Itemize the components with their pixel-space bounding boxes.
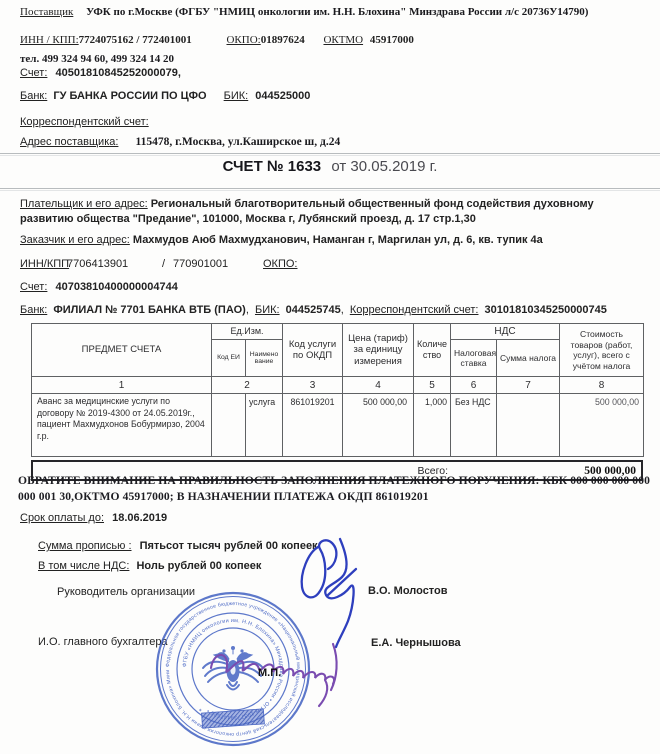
payer-inn: 7706413901	[67, 258, 128, 270]
item-qty: 1,000	[414, 394, 451, 457]
item-row: Аванс за медицинские услуги по договору …	[32, 394, 644, 457]
col-cost: Стоимость товаров (работ, услуг), всего …	[560, 324, 644, 377]
due-date-label: Срок оплаты до:	[20, 512, 104, 524]
col-vat: НДС	[451, 324, 560, 340]
payer-account-line: Счет: 40703810400000004744	[20, 281, 178, 293]
item-unit-code	[212, 394, 246, 457]
colnum: 7	[497, 377, 560, 394]
payer-account-value: 40703810400000004744	[55, 281, 177, 293]
account-label: Счет:	[20, 67, 47, 79]
address-value: 115478, г.Москва, ул.Каширское ш, д.24	[135, 136, 340, 148]
bik-value: 044525000	[255, 90, 310, 102]
oktmo-value: 45917000	[370, 34, 414, 46]
comma: ,	[246, 304, 249, 316]
supplier-value: УФК по г.Москве (ФГБУ "НМИЦ онкологии им…	[86, 6, 588, 18]
invoice-page: Поставщик УФК по г.Москве (ФГБУ "НМИЦ он…	[0, 0, 660, 754]
colnum: 5	[414, 377, 451, 394]
col-vat-sum: Сумма налога	[497, 340, 560, 377]
item-price: 500 000,00	[343, 394, 414, 457]
item-unit-name: услуга	[246, 394, 283, 457]
colnum: 2	[212, 377, 283, 394]
vat-words-value: Ноль рублей 00 копеек	[136, 560, 261, 572]
colnum: 6	[451, 377, 497, 394]
oktmo-label: ОКТМО	[323, 34, 363, 46]
accountant-signature-stroke	[205, 628, 365, 708]
column-number-row: 1 2 3 4 5 6 7 8	[32, 377, 644, 394]
payer-bank-line: Банк: ФИЛИАЛ № 7701 БАНКА ВТБ (ПАО), БИК…	[20, 304, 607, 316]
inn-kpp-label: ИНН / КПП:	[20, 34, 79, 46]
payer-kpp: 770901001	[173, 258, 228, 270]
payer-innkpp-label: ИНН/КПП	[20, 258, 69, 270]
accountant-signature-name: Е.А. Чернышова	[371, 637, 461, 649]
payer-bank-value: ФИЛИАЛ № 7701 БАНКА ВТБ (ПАО)	[53, 304, 246, 316]
payer-bik-label: БИК:	[255, 304, 280, 316]
stamp-place-label: М.П.	[258, 667, 281, 679]
okpo-label: ОКПО:	[226, 34, 260, 46]
divider-under-title	[0, 188, 660, 189]
payer-corr-value: 30101810345250000745	[485, 304, 607, 316]
bank-label: Банк:	[20, 90, 47, 102]
payer-label: Плательщик и его адрес:	[20, 198, 148, 210]
payer-innkpp-slash: /	[162, 258, 165, 270]
invoice-title: СЧЕТ № 1633 от 30.05.2019 г.	[0, 158, 660, 175]
vat-words-label: В том числе НДС:	[38, 560, 129, 572]
amount-words-line: Сумма прописью : Пятьсот тысяч рублей 00…	[38, 540, 318, 552]
address-label: Адрес поставщика:	[20, 136, 118, 148]
amount-words-label: Сумма прописью :	[38, 540, 132, 552]
supplier-line: Поставщик УФК по г.Москве (ФГБУ "НМИЦ он…	[20, 6, 588, 18]
supplier-bank-line: Банк: ГУ БАНКА РОССИИ ПО ЦФО БИК: 044525…	[20, 90, 310, 102]
supplier-inn-line: ИНН / КПП:7724075162 / 772401001 ОКПО:01…	[20, 34, 414, 46]
comma: ,	[341, 304, 344, 316]
payment-notice: ОБРАТИТЕ ВНИМАНИЕ НА ПРАВИЛЬНОСТЬ ЗАПОЛН…	[18, 473, 652, 504]
okpo-value: 01897624	[261, 34, 305, 46]
col-okdp: Код услуги по ОКДП	[283, 324, 343, 377]
col-qty: Количе ство	[414, 324, 451, 377]
payer-innkpp-line: ИНН/КПП 7706413901 / 770901001 ОКПО:	[20, 258, 69, 270]
item-okdp: 861019201	[283, 394, 343, 457]
supplier-label: Поставщик	[20, 6, 73, 18]
items-table: ПРЕДМЕТ СЧЕТА Ед.Изм. Код услуги по ОКДП…	[31, 323, 644, 457]
customer-line: Заказчик и его адрес: Махмудов Аюб Махму…	[20, 234, 543, 246]
payer-corr-label: Корреспондентский счет:	[350, 304, 479, 316]
bik-label: БИК:	[224, 90, 249, 102]
customer-value: Махмудов Аюб Махмудханович, Наманган г, …	[133, 234, 543, 246]
payer-bik-value: 044525745	[286, 304, 341, 316]
colnum: 4	[343, 377, 414, 394]
divider-top	[0, 153, 660, 154]
col-unit-code: Код ЕИ	[212, 340, 246, 377]
supplier-corr-line: Корреспондентский счет:	[20, 116, 149, 128]
col-unit: Ед.Изм.	[212, 324, 283, 340]
account-value: 40501810845252000079,	[55, 67, 180, 79]
colnum: 8	[560, 377, 644, 394]
item-vat-rate: Без НДС	[451, 394, 497, 457]
payer-okpo-label: ОКПО:	[263, 258, 297, 270]
colnum: 1	[32, 377, 212, 394]
inn-kpp-value: 7724075162 / 772401001	[79, 34, 192, 46]
supplier-address-line: Адрес поставщика: 115478, г.Москва, ул.К…	[20, 136, 340, 148]
col-unit-name: Наимено вание	[246, 340, 283, 377]
col-vat-rate: Налоговая ставка	[451, 340, 497, 377]
invoice-date: от 30.05.2019 г.	[331, 158, 437, 175]
due-date-value: 18.06.2019	[112, 512, 167, 524]
item-description: Аванс за медицинские услуги по договору …	[32, 394, 212, 457]
vat-words-line: В том числе НДС: Ноль рублей 00 копеек	[38, 560, 261, 572]
payer-bank-label: Банк:	[20, 304, 47, 316]
invoice-number: СЧЕТ № 1633	[223, 158, 322, 175]
col-subject: ПРЕДМЕТ СЧЕТА	[32, 324, 212, 377]
supplier-phone: тел. 499 324 94 60, 499 324 14 20	[20, 53, 174, 65]
customer-label: Заказчик и его адрес:	[20, 234, 130, 246]
item-cost: 500 000,00	[560, 394, 644, 457]
payer-account-label: Счет:	[20, 281, 47, 293]
items-table-wrap: ПРЕДМЕТ СЧЕТА Ед.Изм. Код услуги по ОКДП…	[31, 323, 643, 481]
corr-label: Корреспондентский счет:	[20, 116, 149, 128]
item-vat-sum	[497, 394, 560, 457]
colnum: 3	[283, 377, 343, 394]
header-row-1: ПРЕДМЕТ СЧЕТА Ед.Изм. Код услуги по ОКДП…	[32, 324, 644, 340]
col-price: Цена (тариф) за единицу измерения	[343, 324, 414, 377]
due-date-line: Срок оплаты до: 18.06.2019	[20, 512, 167, 524]
payer-line: Плательщик и его адрес: Региональный бла…	[20, 197, 642, 227]
bank-value: ГУ БАНКА РОССИИ ПО ЦФО	[53, 90, 206, 102]
accountant-signature-label: И.О. главного бухгалтера	[38, 636, 168, 648]
supplier-account-line: Счет: 40501810845252000079,	[20, 67, 181, 79]
